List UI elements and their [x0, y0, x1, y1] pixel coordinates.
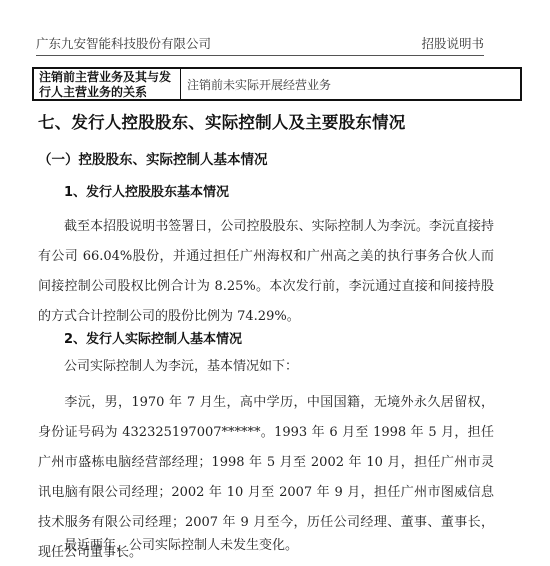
table-value-cell: 注销前未实际开展经营业务 — [181, 69, 520, 99]
item1-text: 截至本招股说明书签署日，公司控股股东、实际控制人为李沅。李沅直接持有公司 66.… — [38, 219, 494, 324]
item2-closing-text: 最近两年，公司实际控制人未发生变化。 — [64, 538, 298, 553]
item1-paragraph: 截至本招股说明书签署日，公司控股股东、实际控制人为李沅。李沅直接持有公司 66.… — [38, 212, 494, 332]
item1-heading: 1、发行人控股股东基本情况 — [64, 181, 229, 200]
document-type: 招股说明书 — [421, 34, 484, 52]
item2-closing: 最近两年，公司实际控制人未发生变化。 — [38, 531, 494, 561]
subsection-title: （一）控股股东、实际控制人基本情况 — [38, 148, 268, 168]
info-table: 注销前主营业务及其与发行人主营业务的关系 注销前未实际开展经营业务 — [32, 67, 522, 101]
company-name: 广东九安智能科技股份有限公司 — [36, 34, 211, 52]
table-label-cell: 注销前主营业务及其与发行人主营业务的关系 — [34, 69, 181, 99]
section-title: 七、发行人控股股东、实际控制人及主要股东情况 — [38, 109, 405, 133]
page-header: 广东九安智能科技股份有限公司 招股说明书 — [36, 34, 484, 56]
item2-intro: 公司实际控制人为李沅，基本情况如下： — [38, 352, 494, 382]
item2-intro-text: 公司实际控制人为李沅，基本情况如下： — [64, 359, 298, 374]
item2-heading: 2、发行人实际控制人基本情况 — [64, 328, 242, 347]
